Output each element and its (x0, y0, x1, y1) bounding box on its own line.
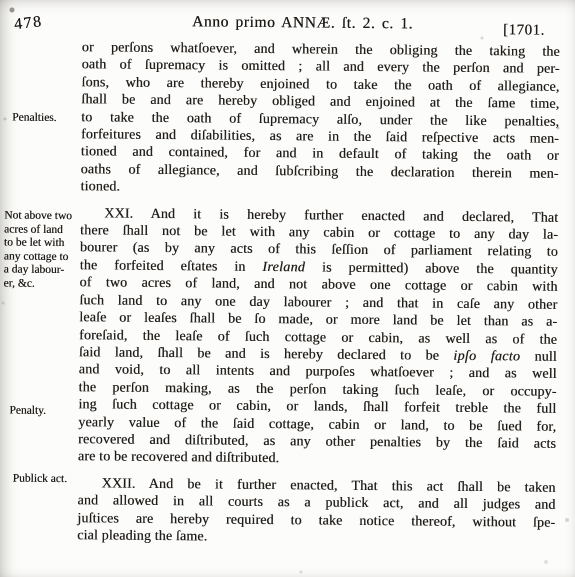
margin-note-line: Publick act. (13, 473, 87, 487)
margin-note-line: Penalty. (9, 405, 83, 419)
margin-note-line: a day labour- (4, 263, 78, 277)
margin-note-line: er, &c. (3, 277, 77, 291)
margin-note-line: Not above two (4, 209, 78, 223)
scanned-page: 478 Anno primo ANNÆ. ſt. 2. c. 1. [1701.… (0, 0, 575, 577)
margin-note-two-acres: Not above twoacres of landto be let with… (3, 209, 78, 291)
margin-note-line: acres of land (4, 223, 78, 237)
margin-note-line: Penalties. (12, 112, 86, 126)
statute-text: or perſons whatſoever, and wherein the o… (77, 39, 560, 549)
paragraph: XXII. And be it further enacted, That th… (77, 475, 556, 549)
margin-note-line: any cottage to (4, 250, 78, 264)
paragraph: or perſons whatſoever, and wherein the o… (80, 39, 559, 200)
margin-note-penalties: Penalties. (5, 111, 86, 125)
paragraph: XXI. And it is hereby further enacted an… (78, 205, 558, 471)
page-content: 478 Anno primo ANNÆ. ſt. 2. c. 1. [1701.… (0, 0, 575, 577)
year-label: [1701. (503, 22, 545, 39)
margin-note-line: to be let with (4, 236, 78, 250)
running-header: Anno primo ANNÆ. ſt. 2. c. 1. (30, 12, 575, 35)
margin-note-publick-act: Publick act. (2, 472, 87, 486)
margin-note-penalty: Penalty. (2, 404, 83, 418)
